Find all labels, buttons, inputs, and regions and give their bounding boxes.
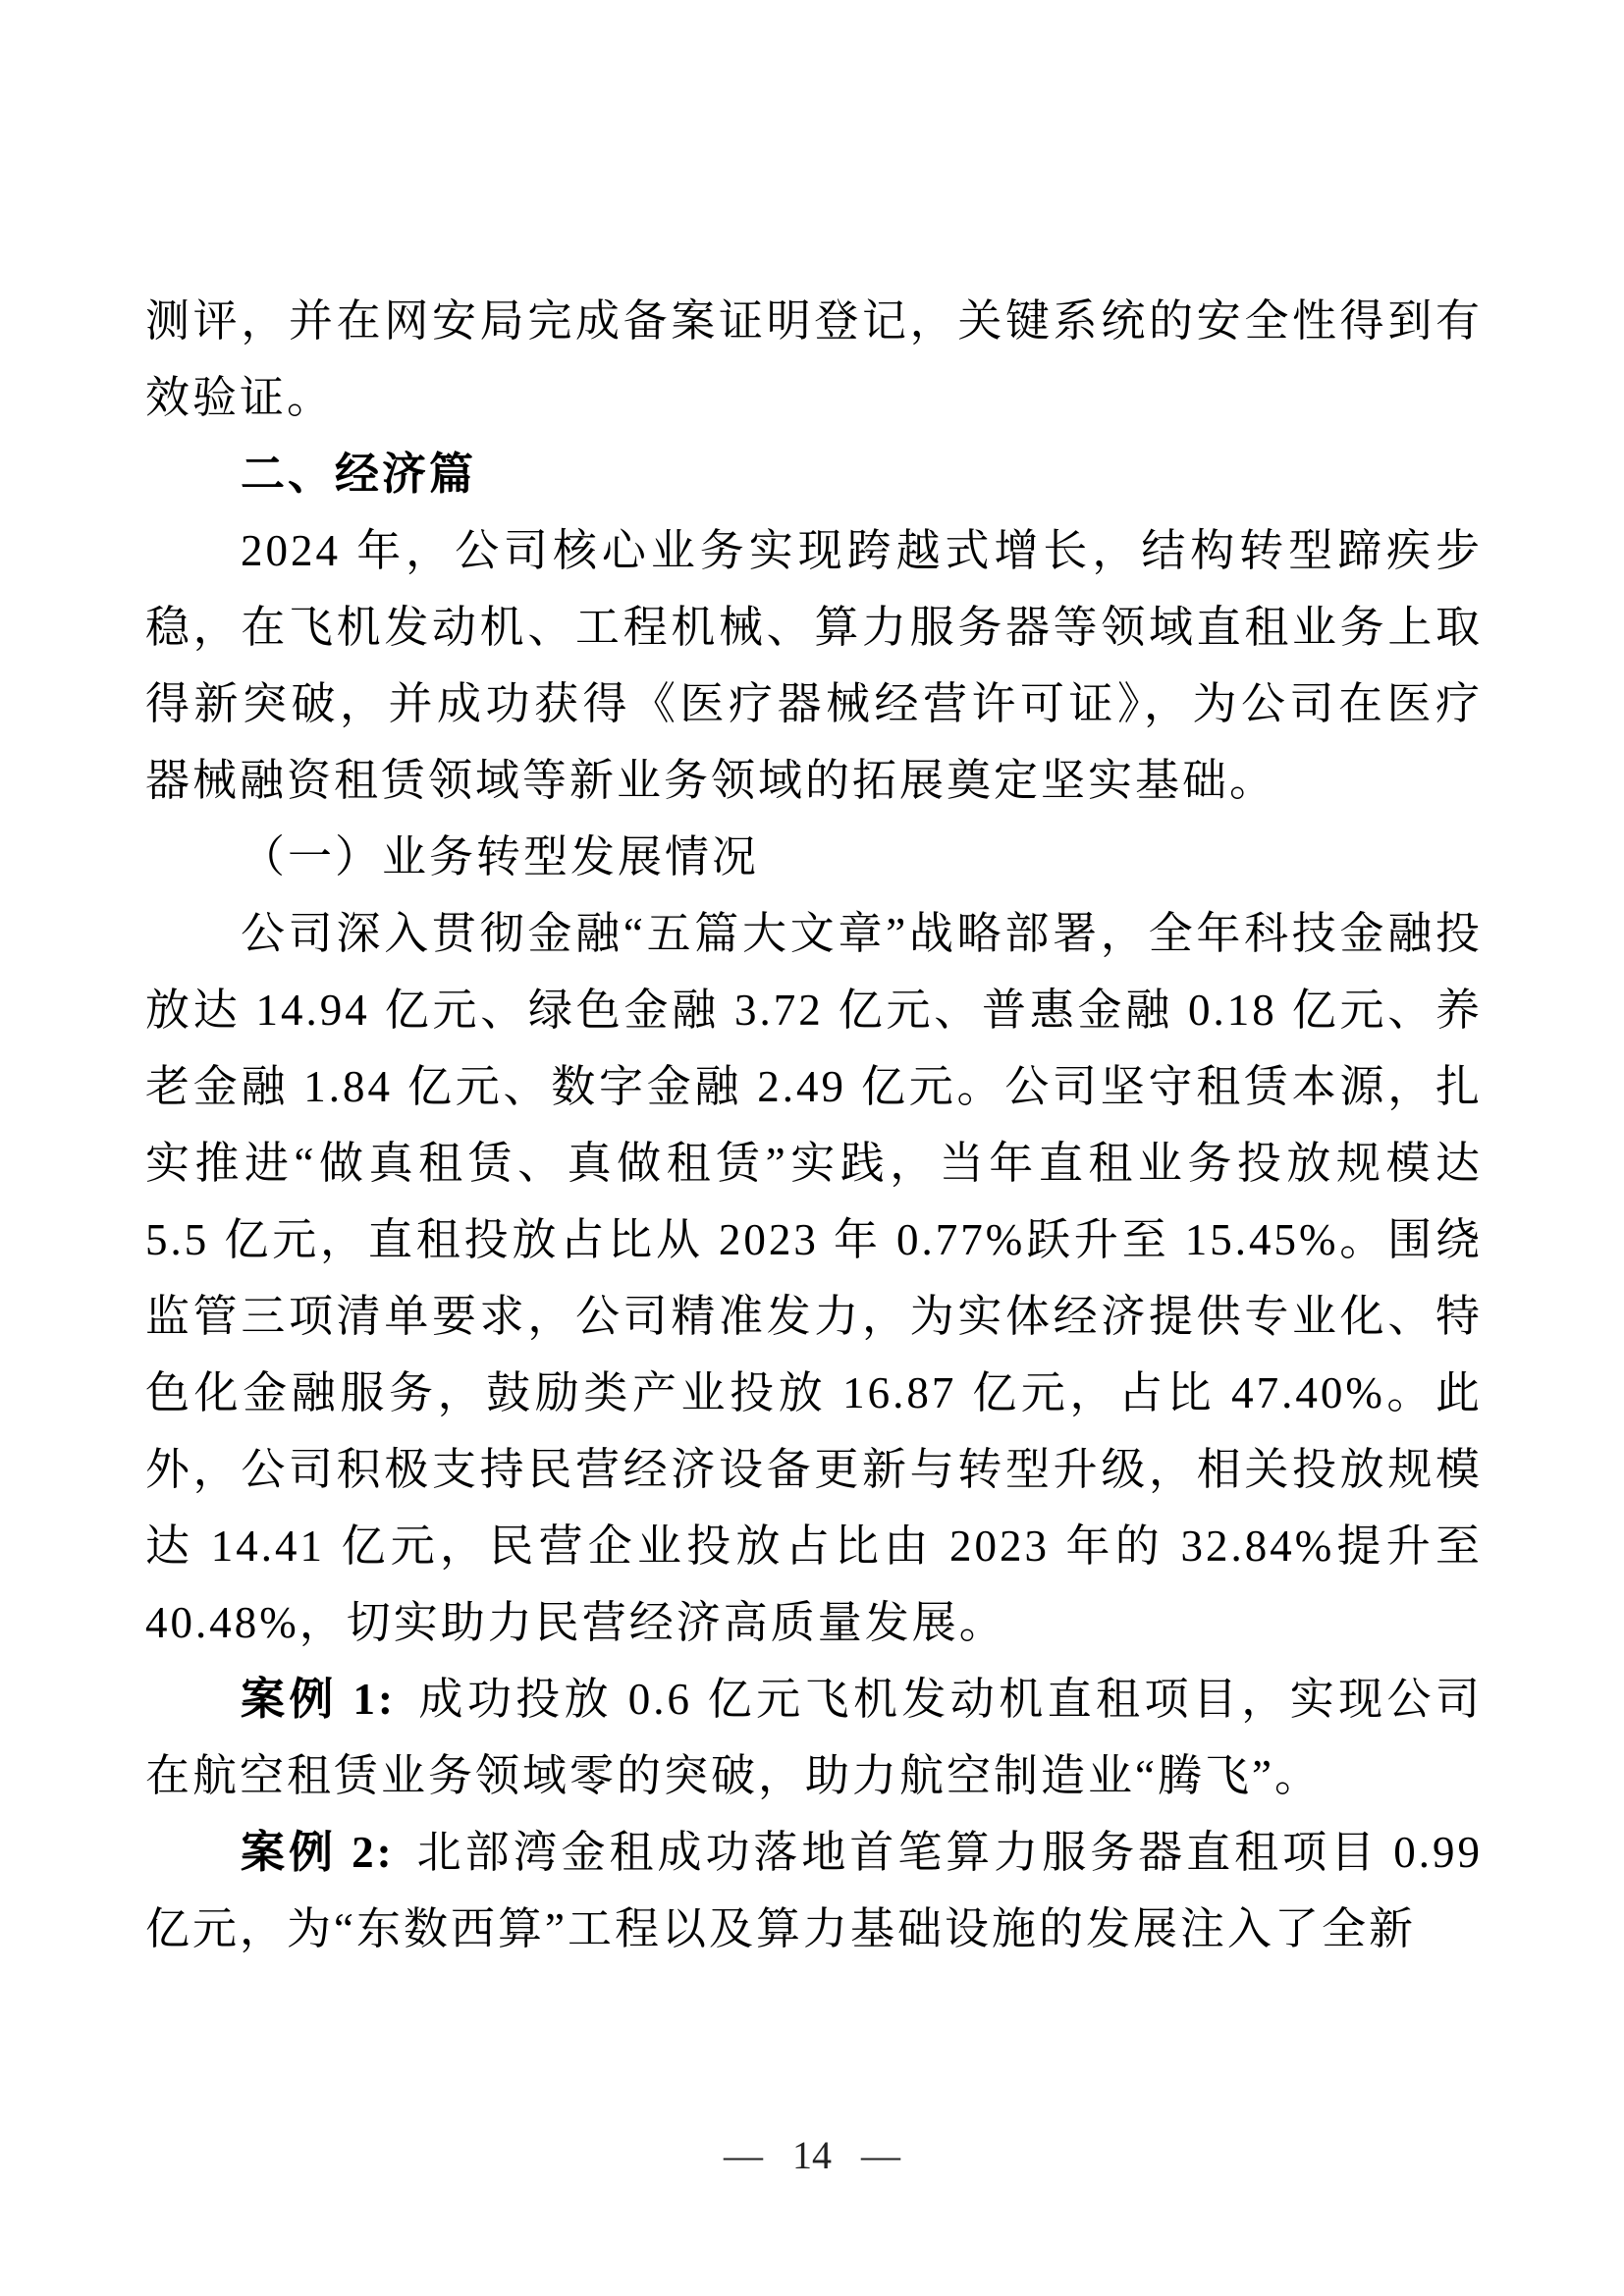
page-number: 14 <box>792 2132 832 2179</box>
case-1-label: 案例 1: <box>241 1675 396 1724</box>
subsection-heading-business-transformation: （一）业务转型发展情况 <box>145 819 1483 895</box>
paragraph-continuation: 测评，并在网安局完成备案证明登记，关键系统的安全性得到有效验证。 <box>145 283 1483 436</box>
case-paragraph-2: 案例 2:北部湾金租成功落地首笔算力服务器直租项目 0.99 亿元，为“东数西算… <box>145 1814 1483 1967</box>
page-footer: —14— <box>0 2132 1624 2179</box>
case-2-label: 案例 2: <box>241 1828 395 1877</box>
footer-dash-right: — <box>861 2132 900 2179</box>
section-heading-economy: 二、经济篇 <box>145 436 1483 512</box>
paragraph-finance-details: 公司深入贯彻金融“五篇大文章”战略部署，全年科技金融投放达 14.94 亿元、绿… <box>145 895 1483 1661</box>
document-page: 测评，并在网安局完成备案证明登记，关键系统的安全性得到有效验证。 二、经济篇 2… <box>0 0 1624 2296</box>
case-paragraph-1: 案例 1:成功投放 0.6 亿元飞机发动机直租项目，实现公司在航空租赁业务领域零… <box>145 1661 1483 1814</box>
paragraph-overview: 2024 年，公司核心业务实现跨越式增长，结构转型蹄疾步稳，在飞机发动机、工程机… <box>145 512 1483 819</box>
footer-dash-left: — <box>724 2132 763 2179</box>
document-body: 测评，并在网安局完成备案证明登记，关键系统的安全性得到有效验证。 二、经济篇 2… <box>145 283 1483 1967</box>
